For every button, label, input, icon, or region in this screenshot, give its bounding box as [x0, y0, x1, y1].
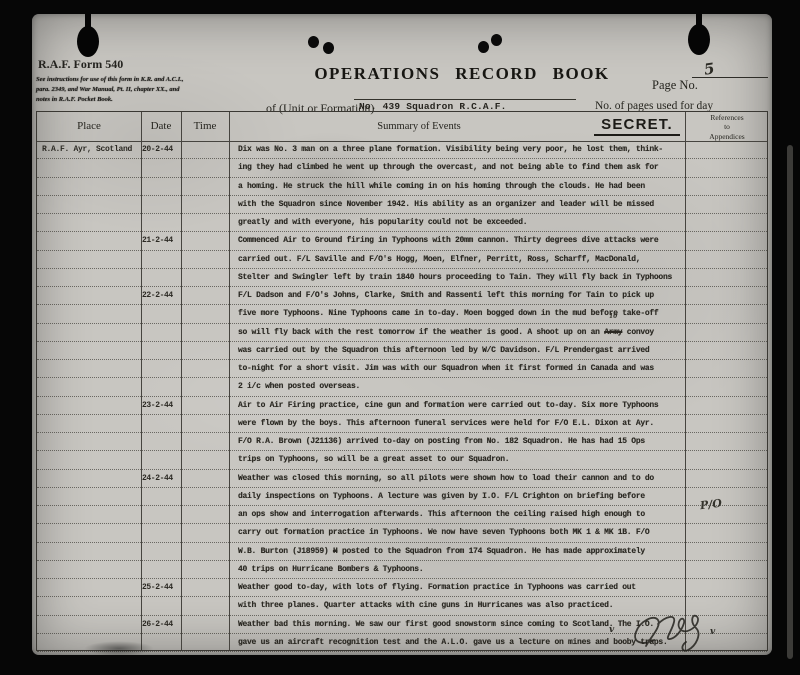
summary-text: a homing. He struck the hill while comin… [238, 182, 688, 191]
table-row: W.B. Burton (J18959) H posted to the Squ… [37, 543, 767, 561]
form-instructions-line: notes in R.A.F. Pocket Book. [36, 95, 241, 105]
struck-text: Army [604, 328, 622, 337]
summary-text: Weather bad this morning. We saw our fir… [238, 620, 688, 629]
date-cell: 26-2-44 [142, 620, 182, 629]
summary-text: F/L Dadson and F/O's Johns, Clarke, Smit… [238, 291, 688, 300]
table-row: a homing. He struck the hill while comin… [37, 178, 767, 196]
table-row: with the Squadron since November 1942. H… [37, 196, 767, 214]
page-no-label: Page No. [652, 78, 698, 93]
place-cell: R.A.F. Ayr, Scotland [42, 145, 132, 154]
table-row: so will fly back with the rest tomorrow … [37, 324, 767, 342]
unit-name-rule [354, 99, 576, 100]
form-instructions-line: para. 2349, and War Manual, Pt. II, chap… [36, 85, 241, 95]
table-row: 2 i/c when posted overseas. [37, 378, 767, 396]
handwritten-correction-mark: 10 [609, 313, 617, 320]
table-row: ing they had climbed he went up through … [37, 159, 767, 177]
column-header-references-line: References [687, 113, 767, 122]
document-page: R.A.F. Form 540 See instructions for use… [32, 14, 772, 655]
page-no-handwritten: 5 [703, 59, 716, 78]
column-header-date: Date [141, 120, 181, 132]
summary-text: ing they had climbed he went up through … [238, 163, 688, 172]
summary-text: trips on Typhoons, so will be a great as… [238, 455, 688, 464]
record-table: Place Date Time Summary of Events SECRET… [36, 111, 768, 651]
column-header-time: Time [181, 120, 229, 132]
summary-text: daily inspections on Typhoons. A lecture… [238, 492, 688, 501]
summary-text: carry out formation practice in Typhoons… [238, 528, 688, 537]
date-cell: 22-2-44 [142, 291, 182, 300]
table-row: 21-2-44Commenced Air to Ground firing in… [37, 232, 767, 250]
table-row: to-night for a short visit. Jim was with… [37, 360, 767, 378]
registration-dot [323, 42, 334, 54]
column-header-references: References to Appendices [687, 113, 767, 141]
column-header-references-line: Appendices [687, 132, 767, 141]
table-row: carry out formation practice in Typhoons… [37, 524, 767, 542]
summary-text: with three planes. Quarter attacks with … [238, 601, 688, 610]
date-cell: 21-2-44 [142, 236, 182, 245]
summary-text: Weather was closed this morning, so all … [238, 474, 688, 483]
summary-text: five more Typhoons. Nine Typhoons came i… [238, 309, 688, 318]
table-row: 23-2-44Air to Air Firing practice, cine … [37, 397, 767, 415]
handwritten-check-mark: v [609, 625, 614, 635]
table-row: an ops show and interrogation afterwards… [37, 506, 767, 524]
column-header-references-line: to [687, 122, 767, 131]
form-instructions: See instructions for use of this form in… [36, 75, 241, 105]
date-cell: 25-2-44 [142, 583, 182, 592]
date-cell: 24-2-44 [142, 474, 182, 483]
summary-text: F/O R.A. Brown (J21136) arrived to-day o… [238, 437, 688, 446]
table-row: F/O R.A. Brown (J21136) arrived to-day o… [37, 433, 767, 451]
table-row: 24-2-44Weather was closed this morning, … [37, 470, 767, 488]
page-no-rule [692, 77, 768, 78]
table-row: Stelter and Swingler left by train 1840 … [37, 269, 767, 287]
summary-text: Stelter and Swingler left by train 1840 … [238, 273, 688, 282]
summary-text: an ops show and interrogation afterwards… [238, 510, 688, 519]
column-header-place: Place [37, 120, 141, 132]
table-row: carried out. F/L Saville and F/O's Hogg,… [37, 251, 767, 269]
table-row: R.A.F. Ayr, Scotland20-2-44Dix was No. 3… [37, 141, 767, 159]
table-row: was carried out by the Squadron this aft… [37, 342, 767, 360]
summary-text: carried out. F/L Saville and F/O's Hogg,… [238, 255, 688, 264]
summary-text: 40 trips on Hurricane Bombers & Typhoons… [238, 565, 688, 574]
table-row: trips on Typhoons, so will be a great as… [37, 451, 767, 469]
form-number: R.A.F. Form 540 [38, 57, 123, 72]
summary-text: Dix was No. 3 man on a three plane forma… [238, 145, 688, 154]
summary-text: greatly and with everyone, his popularit… [238, 218, 688, 227]
signature-scrawl [624, 606, 728, 654]
ink-smudge [84, 641, 154, 656]
table-row: five more Typhoons. Nine Typhoons came i… [37, 305, 767, 323]
handwritten-rank-note: P/O [699, 497, 722, 513]
summary-text: Commenced Air to Ground firing in Typhoo… [238, 236, 688, 245]
table-row: 25-2-44Weather good to-day, with lots of… [37, 579, 767, 597]
date-cell: 20-2-44 [142, 145, 182, 154]
summary-text: so will fly back with the rest tomorrow … [238, 328, 688, 337]
summary-text: with the Squadron since November 1942. H… [238, 200, 688, 209]
date-cell: 23-2-44 [142, 401, 182, 410]
summary-text: were flown by the boys. This afternoon f… [238, 419, 688, 428]
summary-text: Air to Air Firing practice, cine gun and… [238, 401, 688, 410]
punch-hole-right [688, 24, 710, 55]
registration-dot [478, 41, 489, 53]
summary-text: was carried out by the Squadron this aft… [238, 346, 688, 355]
table-row: 40 trips on Hurricane Bombers & Typhoons… [37, 561, 767, 579]
summary-text: to-night for a short visit. Jim was with… [238, 364, 688, 373]
page-title: OPERATIONS RECORD BOOK [257, 64, 667, 84]
summary-text: W.B. Burton (J18959) H posted to the Squ… [238, 547, 688, 556]
summary-text: 2 i/c when posted overseas. [238, 382, 688, 391]
registration-dot [308, 36, 319, 48]
scan-background: { "form": { "form_number": "R.A.F. Form … [0, 0, 800, 675]
punch-hole-left [77, 26, 99, 57]
table-row: 22-2-44F/L Dadson and F/O's Johns, Clark… [37, 287, 767, 305]
registration-dot [491, 34, 502, 46]
classification-stamp: SECRET. [594, 116, 680, 136]
summary-text: gave us an aircraft recognition test and… [238, 638, 688, 647]
summary-text: Weather good to-day, with lots of flying… [238, 583, 688, 592]
table-row: were flown by the boys. This afternoon f… [37, 415, 767, 433]
table-row: daily inspections on Typhoons. A lecture… [37, 488, 767, 506]
page-edge-sliver [787, 145, 793, 659]
column-header-summary: Summary of Events [229, 121, 609, 132]
table-row: greatly and with everyone, his popularit… [37, 214, 767, 232]
form-instructions-line: See instructions for use of this form in… [36, 75, 241, 85]
